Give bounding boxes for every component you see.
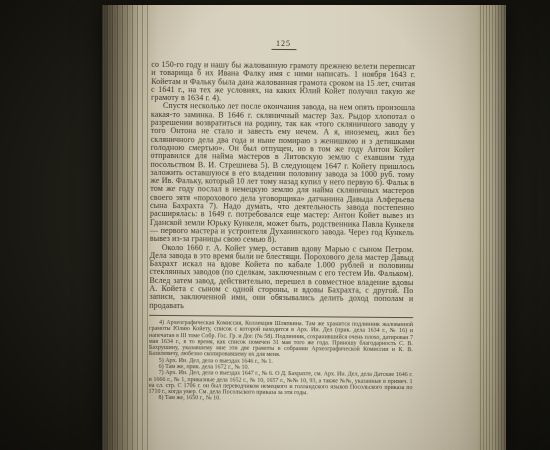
left-page-edges — [102, 5, 148, 450]
footnote: 8) Там же, 1650 г., № 10. — [148, 395, 412, 404]
right-page-edges — [478, 5, 506, 450]
footnotes: 4) Археографическая Комиссия, Коллекция … — [148, 315, 413, 404]
footnote: 4) Археографическая Комиссия, Коллекция … — [149, 320, 413, 360]
page-number-label: 125 — [271, 39, 296, 50]
page-content: 125 со 150-го году и нашу бы жалованную … — [148, 32, 415, 404]
book-page: 125 со 150-го году и нашу бы жалованную … — [102, 5, 506, 450]
paragraph: со 150-го году и нашу бы жалованную грам… — [151, 61, 415, 105]
paragraph: Спустя несколько лет после окончания зав… — [150, 102, 415, 245]
page-number: 125 — [151, 32, 415, 52]
book-photo: 125 со 150-го году и нашу бы жалованную … — [0, 0, 550, 450]
paragraph: Около 1660 г. А. Койет умер, оставив вдо… — [149, 243, 414, 312]
footnote: 7) Арх. Ин. Дел, дела о выездах 1647 г.,… — [148, 370, 412, 397]
